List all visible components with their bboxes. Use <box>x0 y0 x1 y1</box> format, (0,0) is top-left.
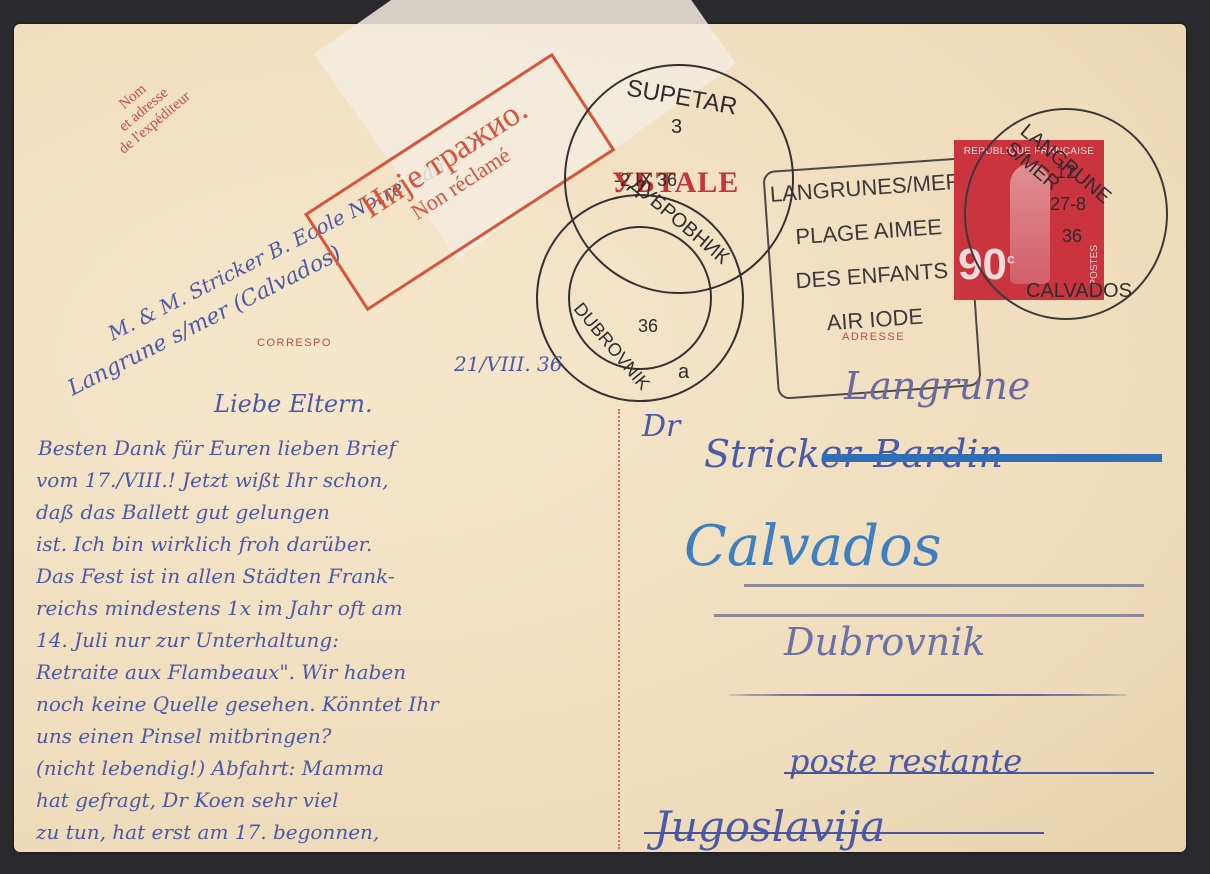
card-divider <box>618 409 620 849</box>
supetar-town: SUPETAR <box>624 75 739 122</box>
message-line: ist. Ich bin wirklich froh darüber. <box>36 532 372 556</box>
langrune-year: 36 <box>1062 226 1082 247</box>
supetar-number: 3 <box>671 116 682 139</box>
adresse-label: ADRESSE <box>842 331 905 343</box>
message-line: hat gefragt, Dr Koen sehr viel <box>36 788 339 812</box>
message-line: uns einen Pinsel mitbringen? <box>36 724 331 748</box>
dubrovnik-postmark: ДУБРОВНИК DUBROVNIK a 36 <box>536 194 744 402</box>
message-line: 14. Juli nur zur Unterhaltung: <box>36 628 339 652</box>
address-country: Jugoslavija <box>654 802 885 851</box>
strikethrough-country <box>644 832 1044 834</box>
address-region: Calvados <box>684 514 941 579</box>
address-note: poste restante <box>789 742 1022 780</box>
message-date: 21/VIII. 36 <box>454 352 563 376</box>
dubrovnik-date: 36 <box>638 316 658 337</box>
strikethrough-pencil <box>744 584 1144 587</box>
correspondance-label: CORRESPO <box>257 337 332 349</box>
message-line: daß das Ballett gut gelungen <box>36 500 330 524</box>
dubrovnik-letter: a <box>678 361 689 384</box>
langrune-postmark: LANGRUNE S/MER CALVADOS 12 27-8 36 <box>964 108 1168 320</box>
message-line: zu tun, hat erst am 17. begonnen, <box>36 820 379 844</box>
postcard: Nom et adresse de l'expéditeur M. & M. S… <box>14 24 1186 852</box>
address-redirect-town: Langrune <box>844 364 1030 408</box>
message-line: reichs mindestens 1x im Jahr oft am <box>36 596 403 620</box>
strikethrough-pencil <box>714 614 1144 617</box>
strikethrough-blue <box>822 454 1162 462</box>
message-greeting: Liebe Eltern. <box>214 390 373 418</box>
dubrovnik-inner-ring <box>568 226 712 370</box>
message-line: vom 17./VIII.! Jetzt wißt Ihr schon, <box>36 468 389 492</box>
address-title: Dr <box>642 409 680 444</box>
message-line: Retraite aux Flambeaux". Wir haben <box>36 660 406 684</box>
langrune-region: CALVADOS <box>1026 280 1132 303</box>
sender-handwritten-line2: Langrune s/mer (Calvados) <box>64 241 346 401</box>
message-line: noch keine Quelle gesehen. Könntet Ihr <box>36 692 439 716</box>
sender-label: Nom et adresse de l'expéditeur <box>94 62 194 158</box>
langrune-time: 12 <box>1056 162 1076 183</box>
message-line: Besten Dank für Euren lieben Brief <box>38 436 396 460</box>
strikethrough-note <box>784 772 1154 774</box>
langrune-date: 27-8 <box>1050 194 1086 215</box>
wavy-underline <box>728 694 1128 696</box>
message-line: (nicht lebendig!) Abfahrt: Mamma <box>36 756 384 780</box>
address-city: Dubrovnik <box>784 620 985 664</box>
message-line: Das Fest ist in allen Städten Frank- <box>36 564 395 588</box>
